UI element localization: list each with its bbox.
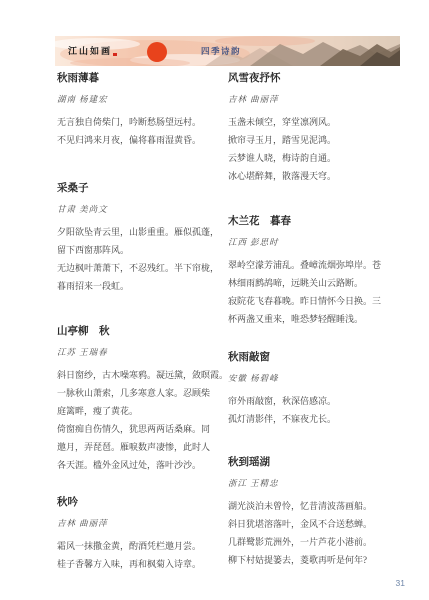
banner-title-left-text: 江山如画 [68,44,112,57]
poem-line: 柳下村姑提篓去，菱歌再听是何年? [228,551,405,569]
poem-line: 无言独自倚柴门，吟断愁肠望远村。 [57,113,231,131]
poem-title: 风雪夜抒怀 [228,72,405,85]
poem-line: 留下西窗那阵风。 [57,241,231,259]
poem-author: 江西 彭思时 [228,237,405,248]
poem-column-left: 秋雨薄暮 湖南 杨建宏 无言独自倚柴门，吟断愁肠望远村。 不见归鸿来月夜，偏将暮… [57,66,231,573]
poem-line: 不见归鸿来月夜，偏将暮雨湿黄昏。 [57,131,231,149]
banner-section-title: 四季诗韵 [201,45,241,57]
red-sun-icon [147,42,167,62]
poem-line: 掀帘寻玉月，踏雪见泥鸿。 [228,131,405,149]
poem-line: 斜日窗纱，古木噪寒鸦。凝远黛，敛暝霞。 [57,366,231,384]
poem-line: 林细雨鹧鸪啼，远眺关山云路断。 [228,274,405,292]
poem-line: 无边枫叶萧萧下，不忍残红。半下帘栊， [57,259,231,277]
poem-line: 暮雨招来一段虹。 [57,277,231,295]
poem-caisangzi: 采桑子 甘肃 美尚文 夕阳欲坠青云里，山影重重。雁似孤蓬， 留下西窗那阵风。 无… [57,182,231,295]
poem-line: 霜风一抹撒金黄，酌酒凭栏邀月尝。 [57,537,231,555]
poem-title: 秋雨薄暮 [57,72,231,85]
poem-line: 湖光淡泊未曾怜，忆昔清波荡画船。 [228,497,405,515]
poem-author: 江苏 王瑞春 [57,347,231,358]
poem-column-right: 风雪夜抒怀 吉林 曲丽萍 玉盏未倾空，穿堂凛冽风。 掀帘寻玉月，踏雪见泥鸿。 云… [228,66,405,569]
poem-shantingliu-qiu: 山亭柳 秋 江苏 王瑞春 斜日窗纱，古木噪寒鸦。凝远黛，敛暝霞。 一脉秋山萧索，… [57,325,231,474]
poem-fengxueye-shuhuai: 风雪夜抒怀 吉林 曲丽萍 玉盏未倾空，穿堂凛冽风。 掀帘寻玉月，踏雪见泥鸿。 云… [228,72,405,185]
poem-line: 杯两盏又重来，唯恐梦轻醒睡浅。 [228,310,405,328]
poem-title: 秋吟 [57,496,231,509]
poem-author: 吉林 曲丽萍 [228,94,405,105]
poem-title: 采桑子 [57,182,231,195]
poem-line: 翠岭空濛芳浦乱。叠嶂流烟弥埠岸。苍 [228,256,405,274]
poem-mulanhua-muchun: 木兰花 暮春 江西 彭思时 翠岭空濛芳浦乱。叠嶂流烟弥埠岸。苍 林细雨鹧鸪啼，远… [228,215,405,328]
red-seal-icon [113,53,117,57]
poem-author: 吉林 曲丽萍 [57,518,231,529]
header-banner: 江山如画 四季诗韵 [55,36,400,66]
poem-line: 冰心堪醉舞，散落漫天穹。 [228,167,405,185]
poem-line: 夕阳欲坠青云里，山影重重。雁似孤蓬， [57,223,231,241]
poem-qiuyu-qiaochuang: 秋雨敲窗 安徽 杨碧峰 帘外雨敲窗，秋深倍感凉。 孤灯清影伴，不寐夜尤长。 [228,351,405,428]
poem-title: 秋雨敲窗 [228,351,405,364]
poem-line: 桂子香馨方入味，再和枫菊入诗章。 [57,555,231,573]
poem-title: 木兰花 暮春 [228,215,405,228]
poem-line: 庭篱畔，瘦了黄花。 [57,402,231,420]
poem-line: 邀月，弄琵琶。雁唳数声凄惨，此时人 [57,438,231,456]
poem-author: 浙江 王精忠 [228,478,405,489]
banner-calligraphy-title: 江山如画 [68,44,117,57]
page-number: 31 [396,578,405,588]
poem-line: 一脉秋山萧索，几多寒意人家。忍顾柴 [57,384,231,402]
book-page: 江山如画 四季诗韵 秋雨薄暮 湖南 杨建宏 无言独自倚柴门，吟断愁肠望远村。 不… [0,0,429,600]
poem-line: 各天涯。槛外金风过处，落叶沙沙。 [57,456,231,474]
poem-qiudao-yaohu: 秋到瑶湖 浙江 王精忠 湖光淡泊未曾怜，忆昔清波荡画船。 斜日犹堪溶落叶，金风不… [228,456,405,569]
poem-line: 孤灯清影伴，不寐夜尤长。 [228,410,405,428]
poem-line: 斜日犹堪溶落叶，金风不合送愁蝉。 [228,515,405,533]
poem-author: 安徽 杨碧峰 [228,373,405,384]
poem-line: 寂院花飞春暮晚。昨日情怀今日换。三 [228,292,405,310]
poem-line: 玉盏未倾空，穿堂凛冽风。 [228,113,405,131]
poem-title: 山亭柳 秋 [57,325,231,338]
poem-author: 湖南 杨建宏 [57,94,231,105]
poem-author: 甘肃 美尚文 [57,204,231,215]
poem-qiuyu-bomu: 秋雨薄暮 湖南 杨建宏 无言独自倚柴门，吟断愁肠望远村。 不见归鸿来月夜，偏将暮… [57,72,231,149]
poem-qiuyin: 秋吟 吉林 曲丽萍 霜风一抹撒金黄，酌酒凭栏邀月尝。 桂子香馨方入味，再和枫菊入… [57,496,231,573]
poem-line: 倚窗痴自伤情久，犹思两两话桑麻。同 [57,420,231,438]
poem-title: 秋到瑶湖 [228,456,405,469]
poem-line: 几群鹭影荒洲外，一片芦花小港前。 [228,533,405,551]
poem-line: 云梦谁人晓，梅诗韵自通。 [228,149,405,167]
poem-line: 帘外雨敲窗，秋深倍感凉。 [228,392,405,410]
